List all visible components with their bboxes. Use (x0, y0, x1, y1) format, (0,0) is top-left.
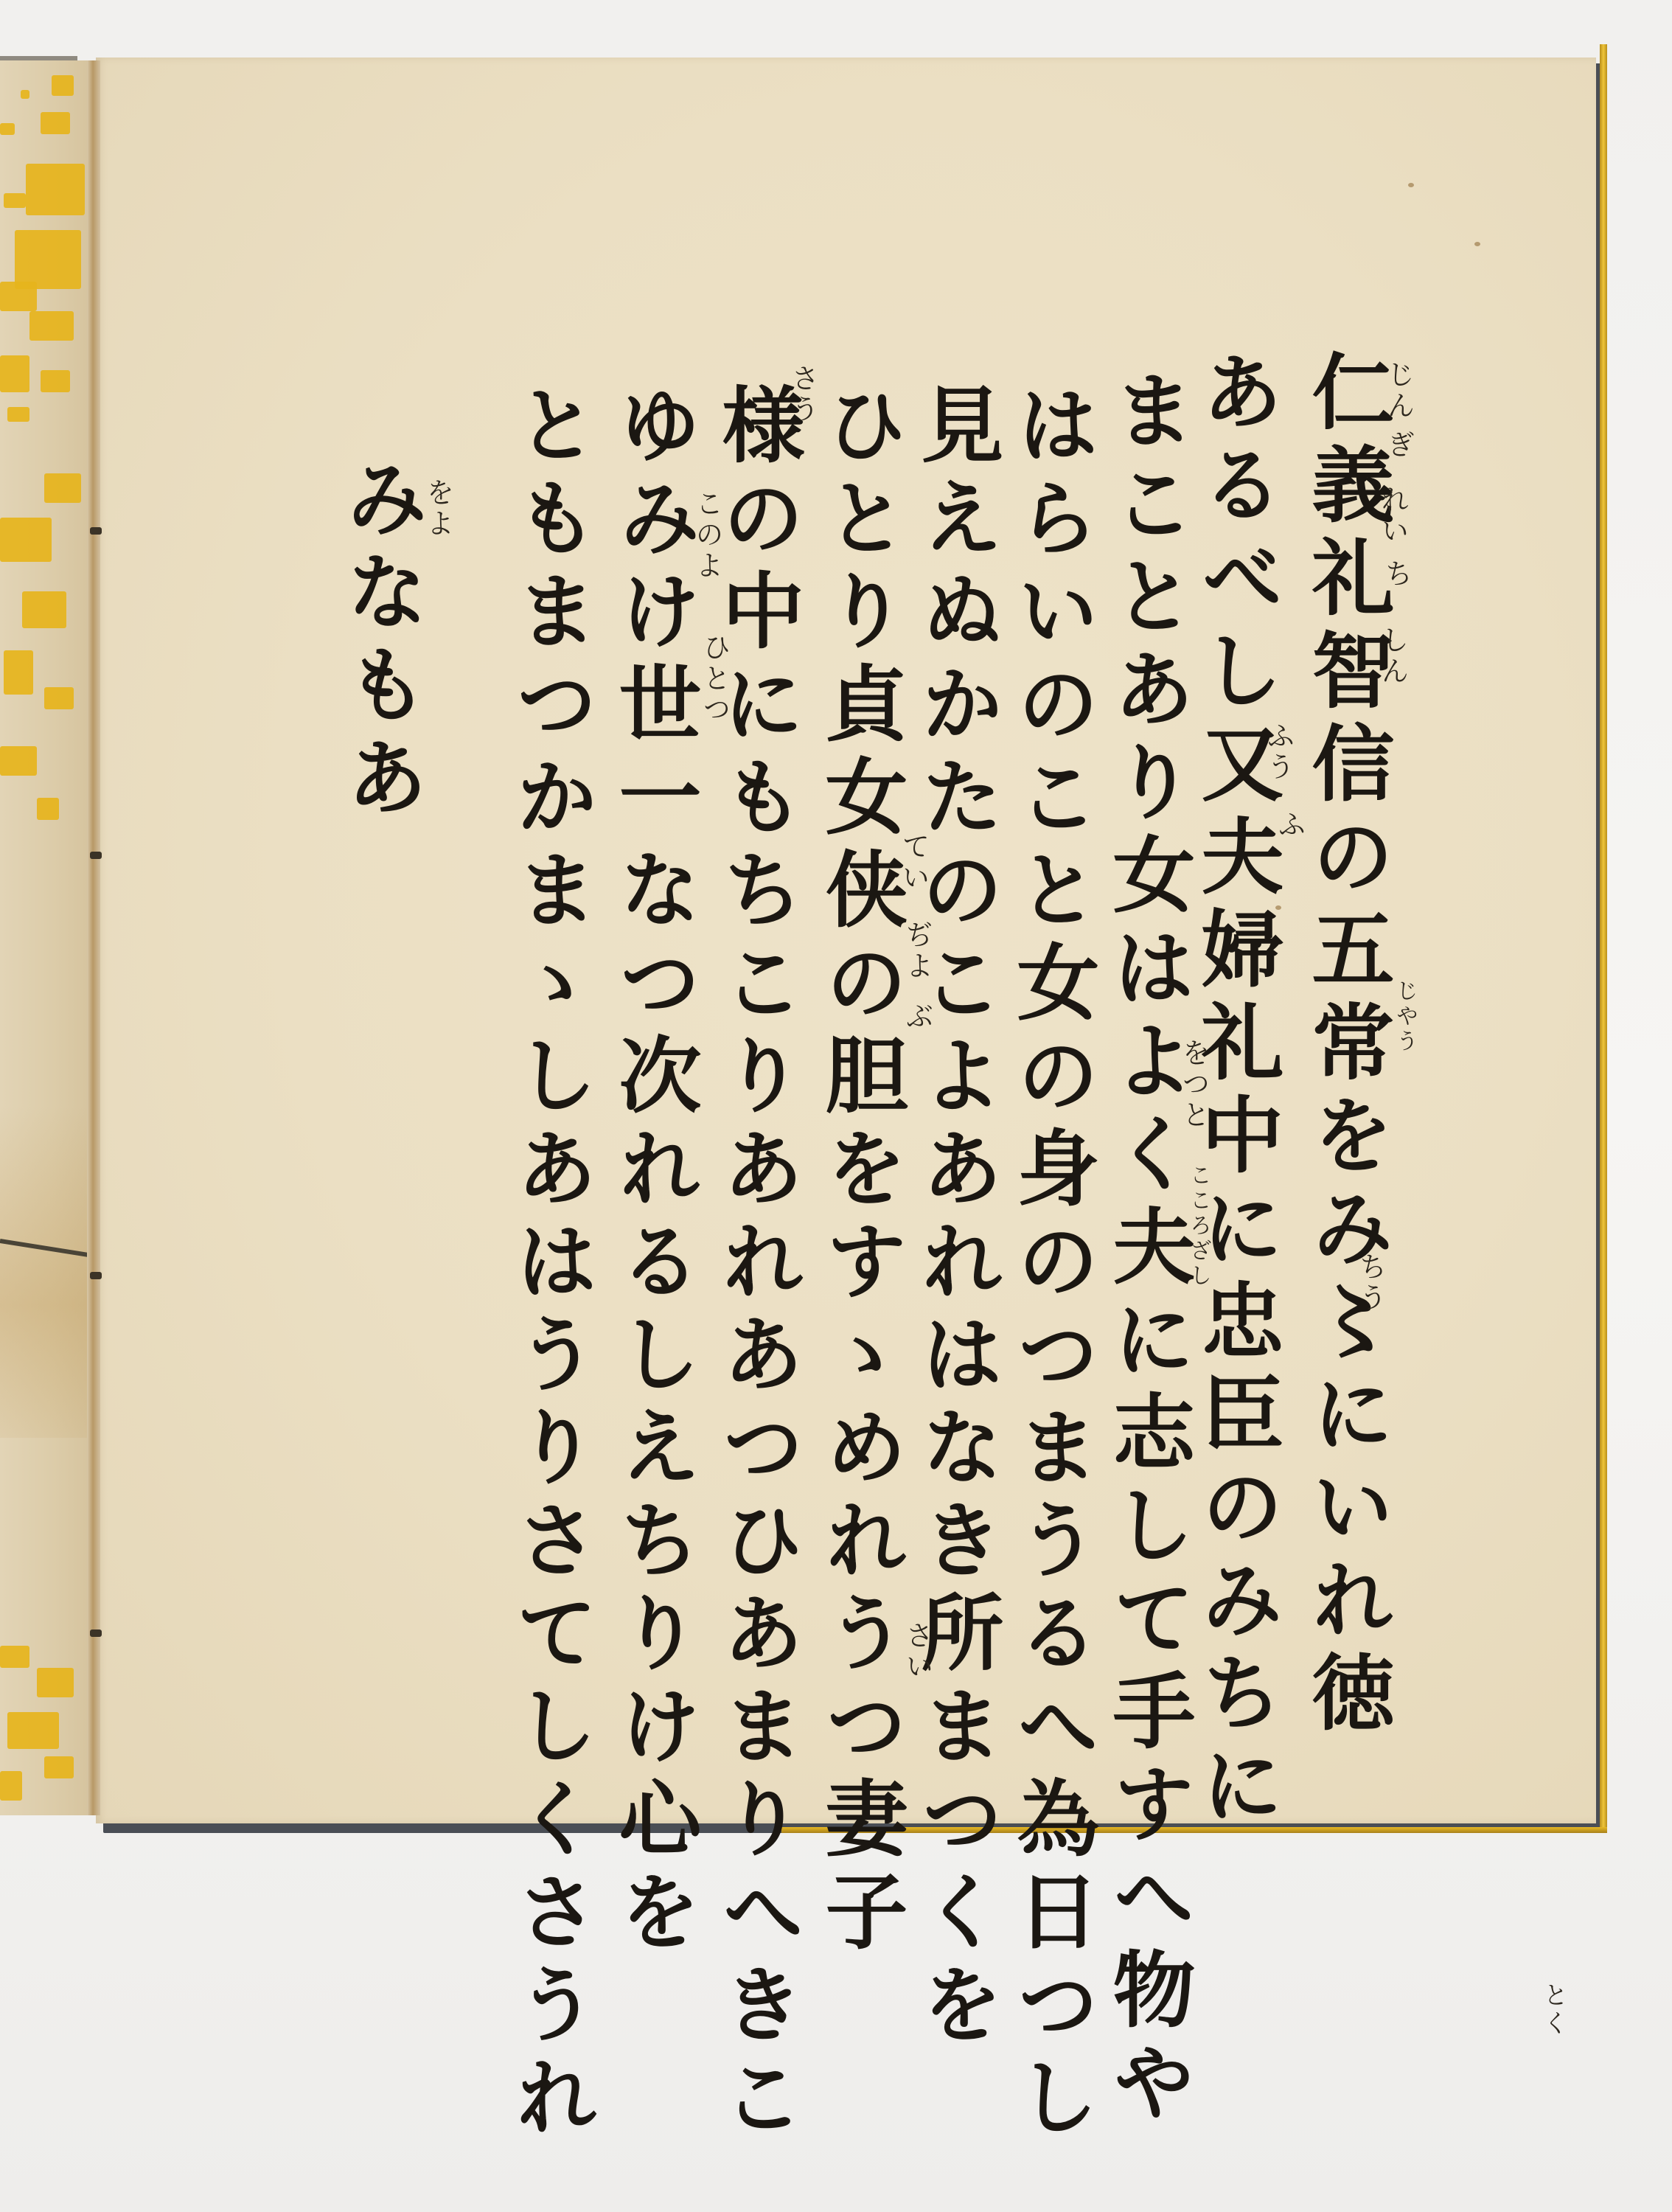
furigana-sou: さう (789, 364, 817, 425)
furigana-tei: てい (899, 832, 927, 894)
furigana-sai: さい (903, 1621, 931, 1683)
binding-stitch (90, 852, 102, 859)
binding-stitch (90, 527, 102, 535)
text-column-4: はらいのこと女の身のつまうるへ為日つし (1010, 382, 1093, 1783)
furigana-chuu: ちう (1356, 1252, 1384, 1314)
binding-stitch (90, 1272, 102, 1279)
furigana-jo: ぢよ (903, 920, 931, 982)
furigana-jin: じん (1384, 360, 1413, 422)
furigana-chi: ち (1382, 559, 1410, 590)
text-column-8: ゆみけ世一なつ次れるしえちりけ心を (612, 382, 694, 1783)
left-page-gold-leaf (0, 60, 88, 1815)
furigana-toku: とく (1541, 1982, 1566, 2038)
furigana-jou: じやう (1393, 979, 1415, 1054)
text-column-5: 見えぬかたのこよあれはなき所まつくを (914, 382, 997, 1783)
furigana-otto: をつと (1180, 1038, 1208, 1131)
furigana-shin: しん (1379, 625, 1407, 687)
furigana-rei: れい (1379, 485, 1407, 547)
furigana-woyo: をよ (424, 478, 452, 540)
text-column-10: みなもあ (339, 456, 422, 824)
furigana-bu: ぶ (903, 1001, 931, 1032)
book-gutter (87, 60, 100, 1815)
text-column-1: 仁義礼智信の五常をみ〻にいれ徳 (1305, 349, 1387, 1750)
furigana-fuu: ふう (1264, 721, 1292, 783)
text-column-7: 様の中にもちこりあれあつひあまりへきこ (715, 382, 798, 1783)
text-column-6: ひとり貞女侠の胆をすゝめれうつ妻子 (818, 382, 901, 1783)
text-column-3: まことあり女はよく夫に志して手すへ物や (1106, 367, 1188, 1768)
photo-stage: 仁義礼智信の五常をみ〻にいれ徳 じん ぎ れい ち しん じやう とく あるべし… (0, 0, 1672, 2212)
manuscript-page: 仁義礼智信の五常をみ〻にいれ徳 じん ぎ れい ち しん じやう とく あるべし… (96, 58, 1596, 1823)
binding-stitch (90, 1630, 102, 1637)
furigana-hitotsu: ひとつ (700, 633, 728, 726)
furigana-fu: ふ (1275, 810, 1303, 841)
furigana-gi: ぎ (1384, 430, 1413, 461)
left-page-stain (0, 1106, 88, 1438)
cover-gold-edge-right (1600, 44, 1607, 1832)
text-column-9: ともまつかまゝしあはうりさてしくさうれ (509, 382, 591, 1783)
furigana-konoyo: このよ (693, 489, 721, 582)
furigana-kokorozashi: こころざし (1187, 1164, 1209, 1289)
